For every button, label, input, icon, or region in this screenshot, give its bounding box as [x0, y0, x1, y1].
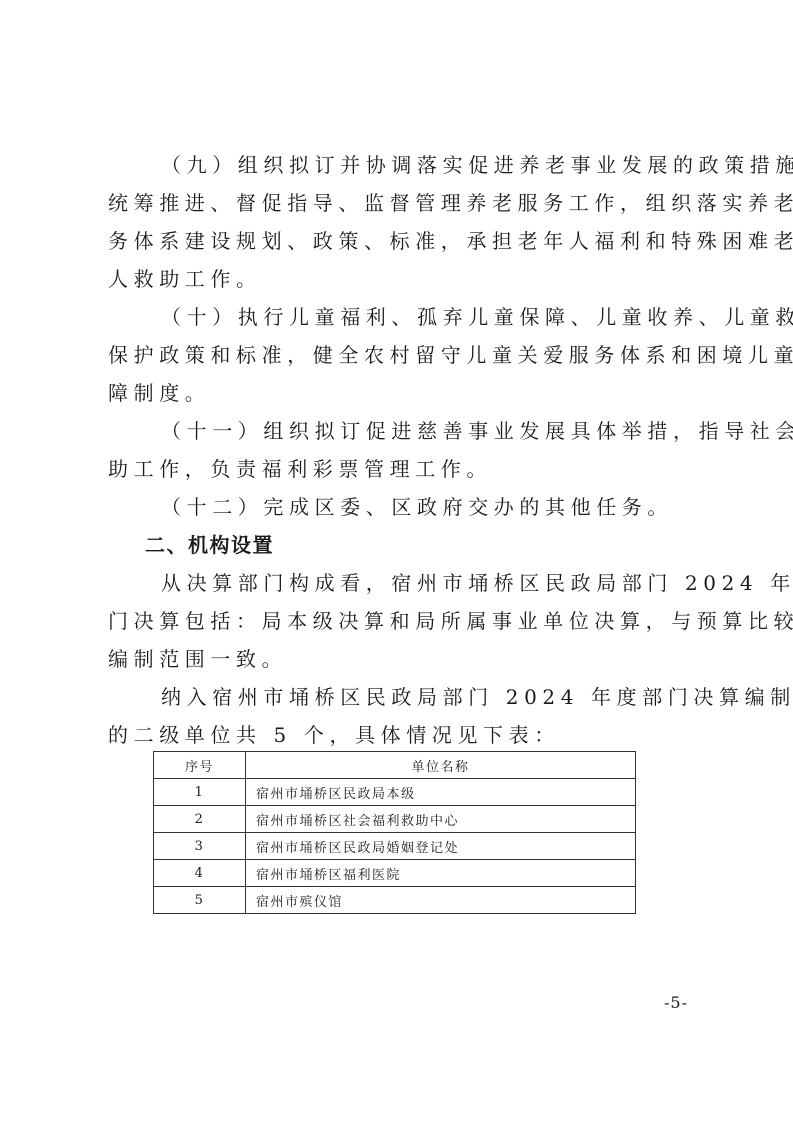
row-index: 2: [154, 806, 246, 833]
text-line: 障制度。: [108, 374, 698, 412]
row-index: 5: [154, 887, 246, 914]
paragraph-item-12: （十二）完成区委、区政府交办的其他任务。: [108, 488, 698, 526]
text-line: 编制范围一致。: [108, 640, 698, 678]
paragraph-item-11: （十一）组织拟订促进慈善事业发展具体举措，指导社会捐 助工作，负责福利彩票管理工…: [108, 412, 698, 488]
text-line: （十）执行儿童福利、孤弃儿童保障、儿童收养、儿童救助: [108, 298, 698, 336]
paragraph-units-intro: 纳入宿州市埇桥区民政局部门 2024 年度部门决算编制范围 的二级单位共 5 个…: [108, 678, 698, 754]
table-row: 4 宿州市埇桥区福利医院: [154, 860, 636, 887]
paragraph-item-9: （九）组织拟订并协调落实促进养老事业发展的政策措施。 统筹推进、督促指导、监督管…: [108, 146, 698, 298]
table-row: 1 宿州市埇桥区民政局本级: [154, 779, 636, 806]
text-line: （十一）组织拟订促进慈善事业发展具体举措，指导社会捐: [108, 412, 698, 450]
row-index: 4: [154, 860, 246, 887]
row-unit-name: 宿州市埇桥区社会福利救助中心: [246, 806, 636, 833]
text-line: 纳入宿州市埇桥区民政局部门 2024 年度部门决算编制范围: [108, 678, 698, 716]
text-line: （九）组织拟订并协调落实促进养老事业发展的政策措施。: [108, 146, 698, 184]
text-line: 人救助工作。: [108, 260, 698, 298]
table-row: 2 宿州市埇桥区社会福利救助中心: [154, 806, 636, 833]
text-line: 务体系建设规划、政策、标准，承担老年人福利和特殊困难老年: [108, 222, 698, 260]
units-table: 序号 单位名称 1 宿州市埇桥区民政局本级 2 宿州市埇桥区社会福利救助中心 3…: [153, 751, 636, 914]
header-index: 序号: [154, 752, 246, 779]
table-row: 3 宿州市埇桥区民政局婚姻登记处: [154, 833, 636, 860]
text-line: 保护政策和标准，健全农村留守儿童关爱服务体系和困境儿童保: [108, 336, 698, 374]
row-unit-name: 宿州市殡仪馆: [246, 887, 636, 914]
text-line: 统筹推进、督促指导、监督管理养老服务工作，组织落实养老服: [108, 184, 698, 222]
row-unit-name: 宿州市埇桥区民政局本级: [246, 779, 636, 806]
row-index: 3: [154, 833, 246, 860]
paragraph-item-10: （十）执行儿童福利、孤弃儿童保障、儿童收养、儿童救助 保护政策和标准，健全农村留…: [108, 298, 698, 412]
text-line: 助工作，负责福利彩票管理工作。: [108, 450, 698, 488]
row-unit-name: 宿州市埇桥区福利医院: [246, 860, 636, 887]
header-unit-name: 单位名称: [246, 752, 636, 779]
row-unit-name: 宿州市埇桥区民政局婚姻登记处: [246, 833, 636, 860]
row-index: 1: [154, 779, 246, 806]
text-line: 门决算包括：局本级决算和局所属事业单位决算，与预算比较，: [108, 602, 698, 640]
text-line: （十二）完成区委、区政府交办的其他任务。: [108, 488, 698, 526]
section-heading: 二、机构设置: [145, 526, 274, 564]
text-line: 的二级单位共 5 个，具体情况见下表：: [108, 716, 698, 754]
text-line: 从决算部门构成看，宿州市埇桥区民政局部门 2024 年度部: [108, 564, 698, 602]
page-number: -5-: [664, 993, 688, 1012]
table-row: 5 宿州市殡仪馆: [154, 887, 636, 914]
paragraph-scope: 从决算部门构成看，宿州市埇桥区民政局部门 2024 年度部 门决算包括：局本级决…: [108, 564, 698, 678]
document-page: （九）组织拟订并协调落实促进养老事业发展的政策措施。 统筹推进、督促指导、监督管…: [0, 0, 793, 1122]
table-header-row: 序号 单位名称: [154, 752, 636, 779]
